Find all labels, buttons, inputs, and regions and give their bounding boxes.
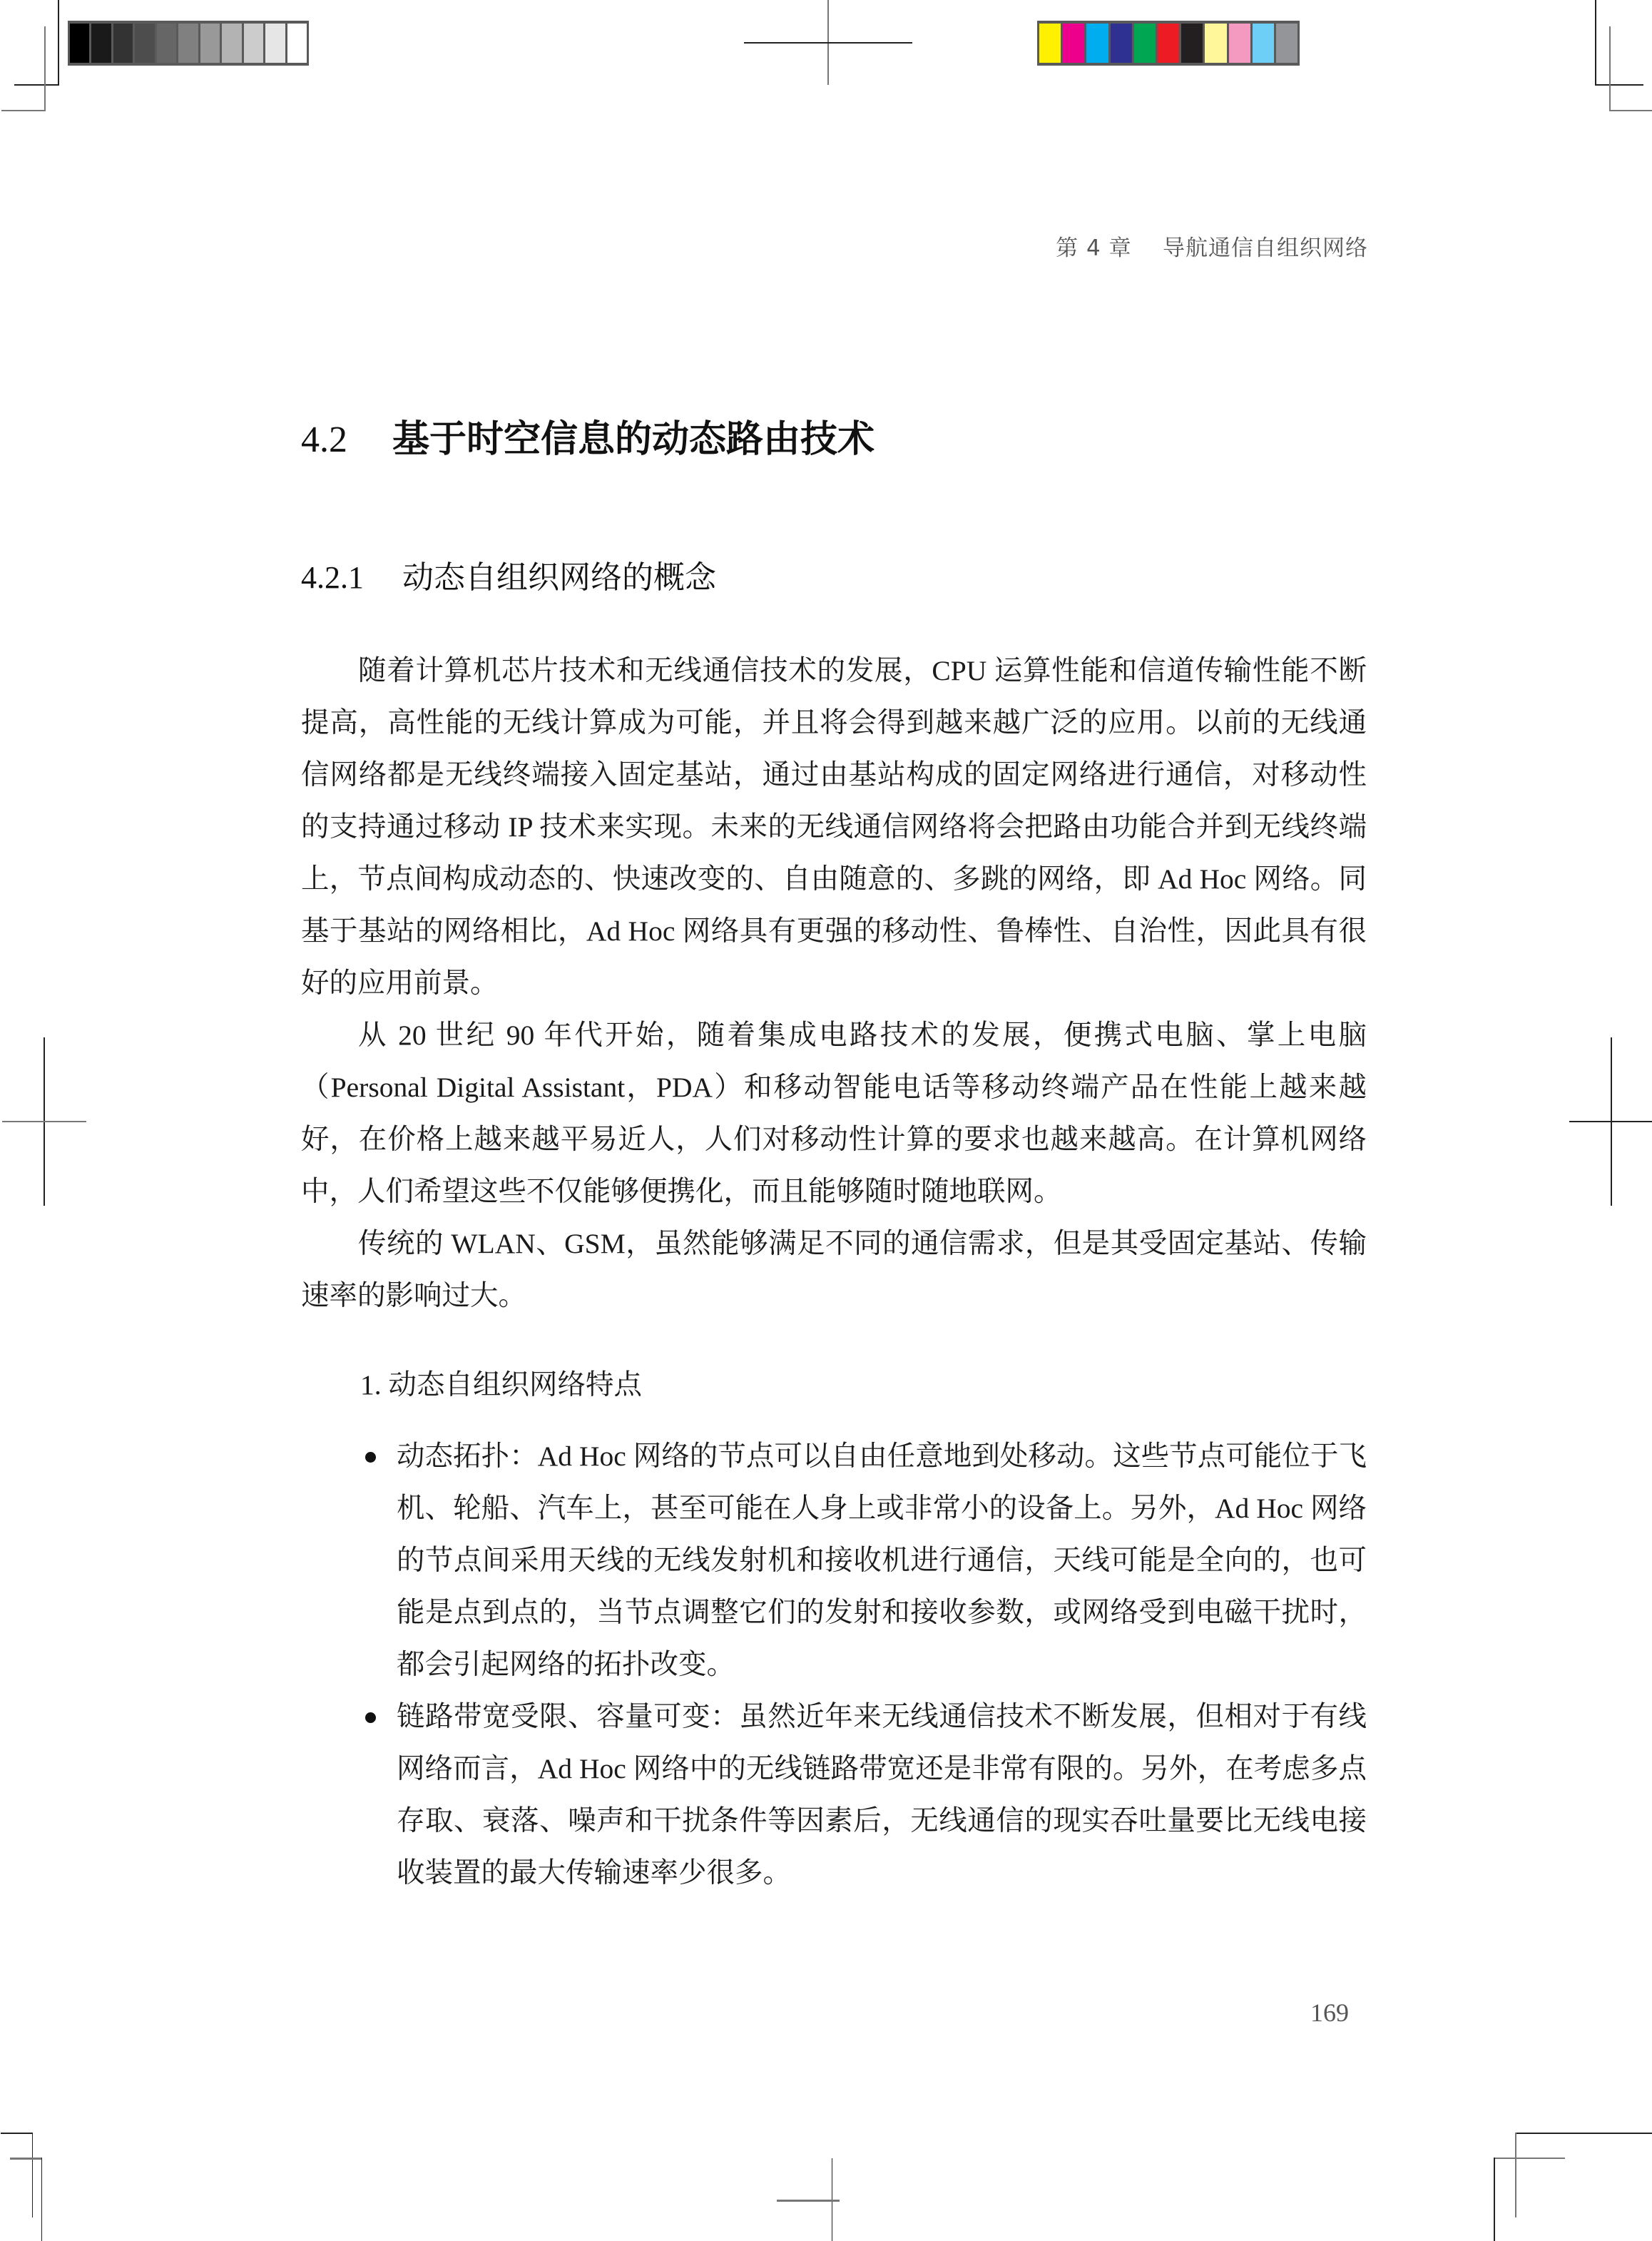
color-swatch: [1181, 24, 1203, 63]
crop-mark: [1609, 26, 1611, 111]
color-swatch: [265, 24, 285, 63]
paragraph: 随着计算机芯片技术和无线通信技术的发展，CPU 运算性能和信道传输性能不断提高，…: [301, 645, 1367, 1010]
paragraph: 从 20 世纪 90 年代开始，随着集成电路技术的发展，便携式电脑、掌上电脑（P…: [301, 1010, 1367, 1218]
list-title: 1. 动态自组织网络特点: [360, 1359, 642, 1411]
crop-mark: [32, 2133, 33, 2217]
color-swatch: [1276, 24, 1297, 63]
color-swatch: [1039, 24, 1061, 63]
registration-mark: [2, 1121, 86, 1122]
grayscale-color-bar: [68, 21, 309, 66]
color-swatch: [244, 24, 263, 63]
color-swatch: [287, 24, 307, 63]
color-swatch: [178, 24, 198, 63]
crop-mark: [14, 84, 59, 86]
section-title: 基于时空信息的动态路由技术: [392, 420, 875, 460]
color-swatch: [200, 24, 220, 63]
registration-mark: [1569, 1121, 1652, 1122]
list-item-text: 动态拓扑：Ad Hoc 网络的节点可以自由任意地到处移动。这些节点可能位于飞机、…: [397, 1440, 1367, 1680]
color-swatch: [1253, 24, 1274, 63]
crop-mark: [1494, 2158, 1495, 2241]
color-swatch: [113, 24, 133, 63]
crop-mark: [1, 110, 46, 111]
color-swatch: [1205, 24, 1226, 63]
color-swatch: [222, 24, 241, 63]
bullet-icon: [365, 1452, 376, 1463]
registration-mark: [744, 42, 912, 44]
color-swatch: [1158, 24, 1179, 63]
bullet-icon: [365, 1712, 376, 1723]
crop-mark: [44, 26, 46, 111]
running-header: 第 4 章 导航通信自组织网络: [1056, 230, 1368, 262]
color-swatch: [157, 24, 176, 63]
crop-mark: [1515, 2133, 1516, 2217]
feature-list: 动态拓扑：Ad Hoc 网络的节点可以自由任意地到处移动。这些节点可能位于飞机、…: [361, 1431, 1367, 1899]
page-number: 169: [1310, 1998, 1349, 2028]
crop-mark: [1595, 0, 1596, 85]
list-item-text: 链路带宽受限、容量可变：虽然近年来无线通信技术不断发展，但相对于有线网络而言，A…: [397, 1701, 1367, 1889]
paragraph: 传统的 WLAN、GSM，虽然能够满足不同的通信需求，但是其受固定基站、传输速率…: [301, 1218, 1367, 1322]
crop-mark: [1494, 2158, 1565, 2159]
subsection-number: 4.2.1: [301, 559, 402, 596]
list-item: 动态拓扑：Ad Hoc 网络的节点可以自由任意地到处移动。这些节点可能位于飞机、…: [361, 1431, 1367, 1691]
process-color-bar: [1037, 21, 1300, 66]
crop-mark: [10, 2158, 42, 2160]
color-swatch: [135, 24, 154, 63]
crop-mark: [1, 2133, 32, 2134]
crop-mark: [58, 0, 59, 85]
color-swatch: [1134, 24, 1156, 63]
registration-mark: [777, 2200, 840, 2202]
color-swatch: [1063, 24, 1084, 63]
color-swatch: [70, 24, 89, 63]
color-swatch: [1229, 24, 1250, 63]
color-swatch: [1086, 24, 1108, 63]
crop-mark: [41, 2158, 42, 2241]
subsection-title: 动态自组织网络的概念: [402, 560, 716, 595]
color-swatch: [1111, 24, 1132, 63]
section-heading: 4.2基于时空信息的动态路由技术: [301, 409, 875, 462]
crop-mark: [1609, 110, 1652, 111]
subsection-heading: 4.2.1动态自组织网络的概念: [301, 552, 716, 597]
section-number: 4.2: [301, 419, 392, 461]
color-swatch: [91, 24, 111, 63]
crop-mark: [1595, 84, 1643, 86]
body-text: 随着计算机芯片技术和无线通信技术的发展，CPU 运算性能和信道传输性能不断提高，…: [301, 645, 1367, 1322]
list-item: 链路带宽受限、容量可变：虽然近年来无线通信技术不断发展，但相对于有线网络而言，A…: [361, 1691, 1367, 1899]
crop-mark: [1515, 2133, 1652, 2134]
